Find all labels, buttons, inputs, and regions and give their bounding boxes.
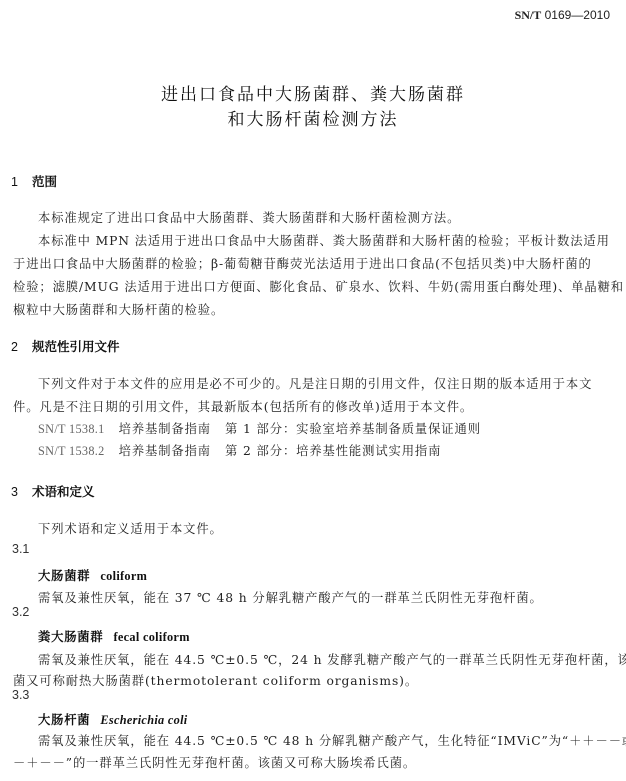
term-en: fecal coliform	[114, 630, 190, 644]
reference-code: SN/T 1538.2	[38, 444, 105, 458]
reference-code: SN/T 1538.1	[38, 422, 105, 436]
standard-code: SN/T 0169—2010	[515, 8, 610, 23]
term-definition-line: 需氧及兼性厌氧，能在 37 ℃ 48 h 分解乳糖产酸产气的一群革兰氏阴性无芽孢…	[38, 588, 543, 606]
section-title: 范围	[32, 174, 57, 189]
paragraph-line: 本标准规定了进出口食品中大肠菌群、粪大肠菌群和大肠杆菌检测方法。	[38, 208, 460, 226]
standard-code-prefix: SN/T	[515, 8, 542, 22]
section-1-heading: 1范围	[11, 172, 57, 190]
reference-title: 培养基制备指南	[119, 444, 211, 458]
paragraph-line: 检验；滤膜/MUG 法适用于进出口方便面、膨化食品、矿泉水、饮料、牛奶(需用蛋白…	[13, 277, 624, 295]
term-number: 3.1	[12, 542, 29, 556]
standard-code-number: 0169—2010	[545, 8, 610, 22]
term-heading: 粪大肠菌群fecal coliform	[38, 627, 190, 645]
paragraph-line: 下列文件对于本文件的应用是必不可少的。凡是注日期的引用文件，仅注日期的版本适用于…	[38, 374, 592, 392]
paragraph-line: 于进出口食品中大肠菌群的检验；β-葡萄糖苷酶荧光法适用于进出口食品(不包括贝类)…	[13, 254, 592, 272]
paragraph-line: 件。凡是不注日期的引用文件，其最新版本(包括所有的修改单)适用于本文件。	[13, 397, 473, 415]
paragraph-line: 椒粒中大肠菌群和大肠杆菌的检验。	[13, 300, 224, 318]
paragraph-line: 本标准中 MPN 法适用于进出口食品中大肠菌群、粪大肠菌群和大肠杆菌的检验；平板…	[38, 231, 610, 249]
term-heading: 大肠杆菌Escherichia coli	[38, 710, 188, 728]
reference-title: 培养基制备指南	[119, 422, 211, 436]
section-number: 1	[11, 175, 18, 189]
term-zh: 大肠杆菌	[38, 713, 90, 727]
term-definition-line: －＋－－”的一群革兰氏阴性无芽孢杆菌。该菌又可称大肠埃希氏菌。	[13, 753, 416, 771]
reference-item: SN/T 1538.2培养基制备指南第 2 部分：培养基性能测试实用指南	[38, 441, 441, 459]
paragraph-line: 下列术语和定义适用于本文件。	[38, 519, 223, 537]
section-2-heading: 2规范性引用文件	[11, 337, 119, 355]
reference-item: SN/T 1538.1培养基制备指南第 1 部分：实验室培养基制备质量保证通则	[38, 419, 481, 437]
term-definition-line: 菌又可称耐热大肠菌群(thermotolerant coliform organ…	[13, 671, 418, 689]
term-number: 3.2	[12, 605, 29, 619]
term-en: Escherichia coli	[100, 713, 187, 727]
section-number: 2	[11, 340, 18, 354]
term-number: 3.3	[12, 688, 29, 702]
reference-part: 第 1 部分：实验室培养基制备质量保证通则	[225, 422, 481, 436]
term-zh: 大肠菌群	[38, 569, 90, 583]
term-definition-line: 需氧及兼性厌氧，能在 44.5 ℃±0.5 ℃ 48 h 分解乳糖产酸产气，生化…	[38, 731, 626, 749]
term-definition-line: 需氧及兼性厌氧，能在 44.5 ℃±0.5 ℃，24 h 发酵乳糖产酸产气的一群…	[38, 650, 626, 668]
section-3-heading: 3术语和定义	[11, 482, 94, 500]
term-en: coliform	[100, 569, 147, 583]
reference-part: 第 2 部分：培养基性能测试实用指南	[225, 444, 441, 458]
term-zh: 粪大肠菌群	[38, 630, 104, 644]
section-number: 3	[11, 485, 18, 499]
term-heading: 大肠菌群coliform	[38, 566, 147, 584]
document-title-line-1: 进出口食品中大肠菌群、粪大肠菌群	[0, 80, 626, 105]
document-title-line-2: 和大肠杆菌检测方法	[0, 105, 626, 130]
section-title: 术语和定义	[32, 484, 95, 499]
section-title: 规范性引用文件	[32, 339, 120, 354]
